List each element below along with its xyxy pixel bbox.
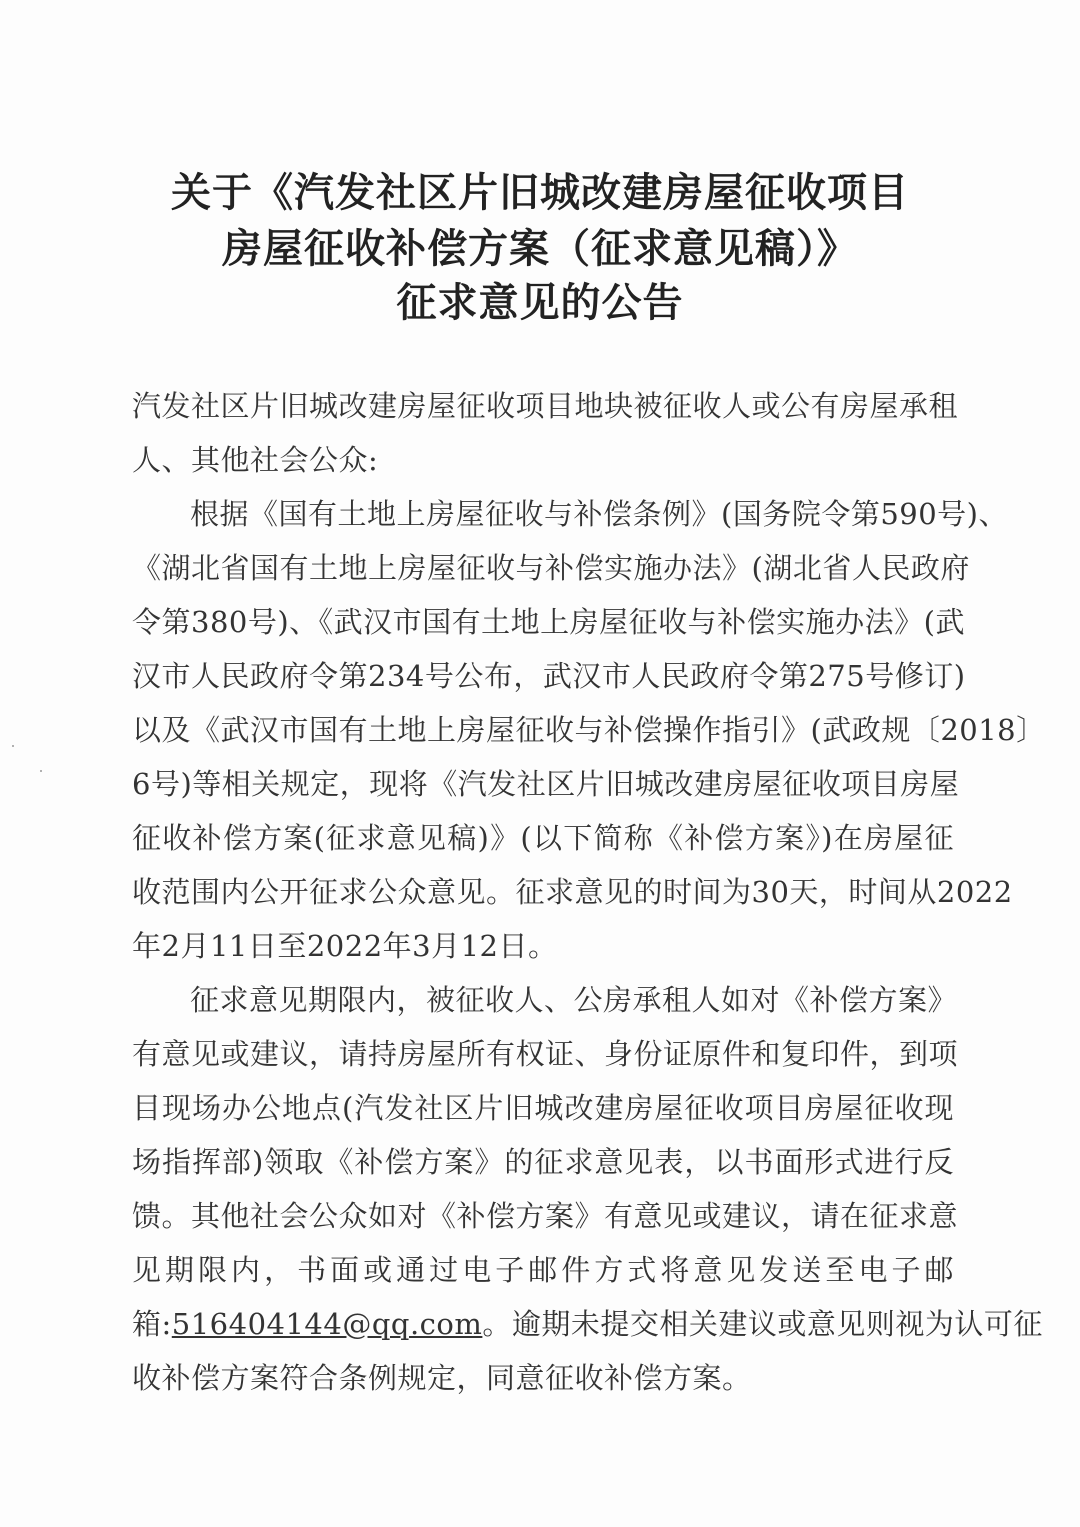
scan-speck [40,770,42,772]
body-line: 馈。其他社会公众如对《补偿方案》有意见或建议，请在征求意 [132,1196,954,1236]
body-line: 汉市人民政府令第234号公布，武汉市人民政府令第275号修订) [132,656,954,696]
body-line: 征求意见期限内，被征收人、公房承租人如对《补偿方案》 [190,980,954,1020]
title-line-3: 征求意见的公告 [0,276,1080,330]
body-line: 根据《国有土地上房屋征收与补偿条例》(国务院令第590号)、 [190,494,954,534]
email-line: 箱:516404144@qq.com。逾期未提交相关建议或意见则视为认可征 [132,1304,954,1344]
title-line-2: 房屋征收补偿方案（征求意见稿）》 [0,222,1080,276]
email-suffix: 。逾期未提交相关建议或意见则视为认可征 [482,1307,1043,1341]
body-line: 有意见或建议，请持房屋所有权证、身份证原件和复印件，到项 [132,1034,954,1074]
body-line: 场指挥部)领取《补偿方案》的征求意见表，以书面形式进行反 [132,1142,954,1182]
body-line: 令第380号)、《武汉市国有土地上房屋征收与补偿实施办法》(武 [132,602,954,642]
scan-speck [12,745,14,747]
document-page: 关于《汽发社区片旧城改建房屋征收项目 房屋征收补偿方案（征求意见稿）》 征求意见… [0,0,1080,1527]
email-prefix: 箱: [132,1307,172,1341]
title-line-1: 关于《汽发社区片旧城改建房屋征收项目 [0,166,1080,220]
salutation-line-1: 汽发社区片旧城改建房屋征收项目地块被征收人或公有房屋承租 [132,386,954,426]
email-link[interactable]: 516404144@qq.com [172,1307,483,1341]
body-line: 《湖北省国有土地上房屋征收与补偿实施办法》(湖北省人民政府 [132,548,954,588]
body-line: 6号)等相关规定，现将《汽发社区片旧城改建房屋征收项目房屋 [132,764,954,804]
body-line: 征收补偿方案(征求意见稿)》(以下简称《补偿方案》)在房屋征 [132,818,954,858]
final-line: 收补偿方案符合条例规定，同意征收补偿方案。 [132,1358,954,1398]
body-line: 年2月11日至2022年3月12日。 [132,926,954,966]
body-line: 见期限内，书面或通过电子邮件方式将意见发送至电子邮 [132,1250,954,1290]
body-line: 目现场办公地点(汽发社区片旧城改建房屋征收项目房屋征收现 [132,1088,954,1128]
salutation-line-2: 人、其他社会公众: [132,440,954,480]
body-line: 以及《武汉市国有土地上房屋征收与补偿操作指引》(武政规〔2018〕 [132,710,954,750]
body-line: 收范围内公开征求公众意见。征求意见的时间为30天，时间从2022 [132,872,954,912]
